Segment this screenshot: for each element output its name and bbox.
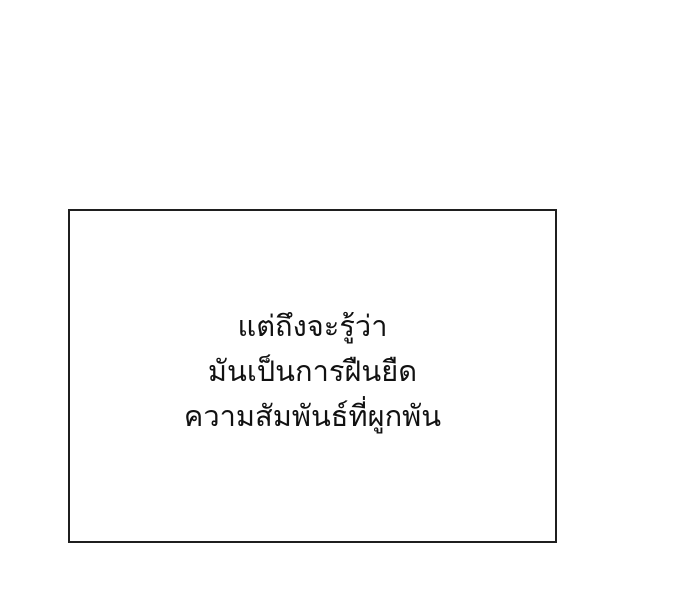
caption-text: แต่ถึงจะรู้ว่า มันเป็นการฝืนยืด ความสัมพ… — [70, 304, 555, 439]
caption-box: แต่ถึงจะรู้ว่า มันเป็นการฝืนยืด ความสัมพ… — [68, 209, 557, 543]
caption-line-2: มันเป็นการฝืนยืด — [70, 349, 555, 394]
caption-line-1: แต่ถึงจะรู้ว่า — [70, 304, 555, 349]
caption-line-3: ความสัมพันธ์ที่ผูกพัน — [70, 394, 555, 439]
